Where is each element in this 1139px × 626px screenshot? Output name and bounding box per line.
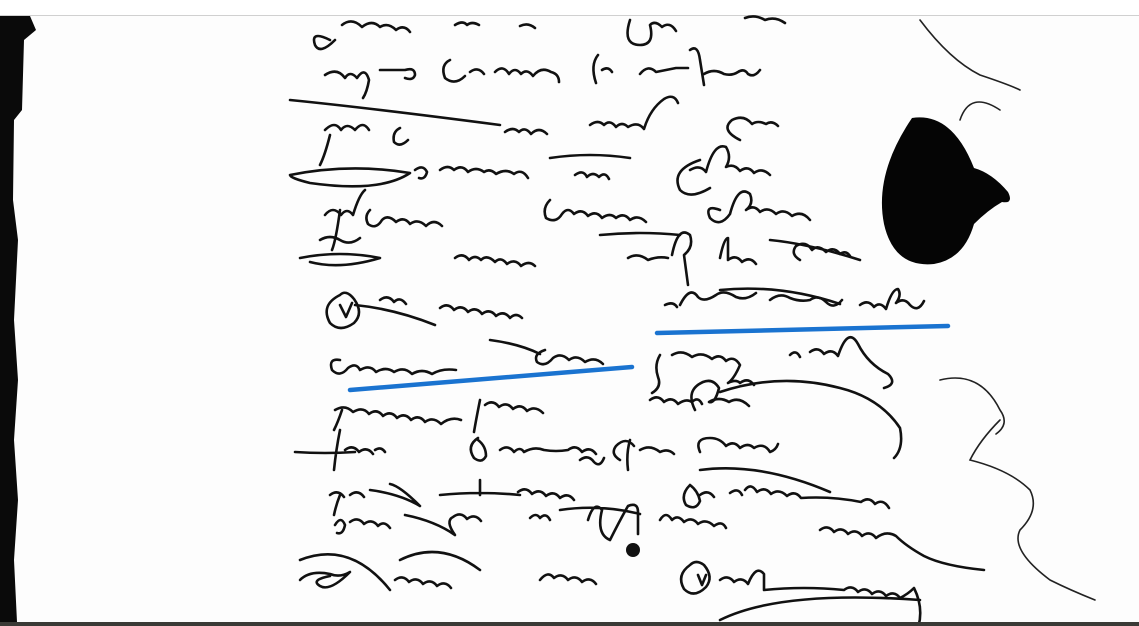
- bottom-border: [0, 622, 1139, 626]
- manuscript-scan: [0, 0, 1139, 626]
- ink-blot: [882, 117, 1010, 264]
- handwriting-strokes: [290, 16, 984, 626]
- binding-edge: [0, 16, 36, 622]
- small-ink-blot: [626, 543, 640, 557]
- annotation-underlines: [350, 326, 948, 390]
- annotation-underline-upper: [657, 326, 948, 333]
- marginal-flourishes: [920, 20, 1095, 600]
